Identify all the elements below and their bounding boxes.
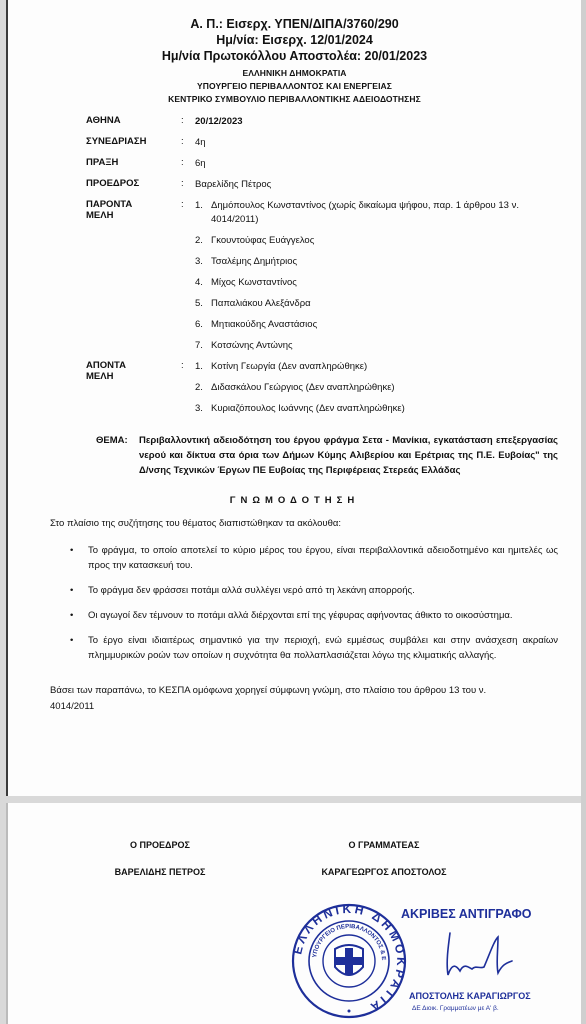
member-item: 5.Παπαλιάκου Αλεξάνδρα: [195, 297, 535, 311]
org-line: ΕΛΛΗΝΙΚΗ ΔΗΜΟΚΡΑΤΙΑ: [8, 67, 581, 80]
bullet-icon: •: [70, 543, 73, 558]
official-seal-icon: ΕΛΛΗΝΙΚΗ ΔΗΜΟΚΡΑΤΙΑ ΥΠΟΥΡΓΕΙΟ ΠΕΡΙΒΑΛΛΟΝ…: [289, 901, 409, 1021]
bullet-icon: •: [70, 633, 73, 648]
opinion-intro: Στο πλαίσιο της συζήτησης του θέματος δι…: [50, 518, 341, 529]
member-item: 7.Κοτσώνης Αντώνης: [195, 339, 535, 353]
meta-colon: :: [181, 360, 184, 371]
member-item: 2.Γκουντούφας Ευάγγελος: [195, 234, 535, 248]
meta-colon: :: [181, 178, 184, 189]
chair-name: Βαρελίδης Πέτρος: [195, 178, 535, 192]
present-members-list: 1.Δημόπουλος Κωνσταντίνος (χωρίς δικαίωμ…: [195, 199, 535, 353]
member-number: 1.: [195, 360, 203, 374]
member-item: 1.Δημόπουλος Κωνσταντίνος (χωρίς δικαίωμ…: [195, 199, 535, 227]
protocol-number: Α. Π.: Εισερχ. ΥΠΕΝ/ΔΙΠΑ/3760/290: [8, 16, 581, 32]
act-number: 6η: [195, 157, 535, 171]
member-number: 5.: [195, 297, 203, 311]
member-name: Δημόπουλος Κωνσταντίνος (χωρίς δικαίωμα …: [211, 200, 519, 225]
member-number: 7.: [195, 339, 203, 353]
member-name: Κυριαζόπουλος Ιωάννης (Δεν αναπληρώθηκε): [211, 403, 405, 414]
meta-colon: :: [181, 115, 184, 126]
member-item: 1.Κοτίνη Γεωργία (Δεν αναπληρώθηκε): [195, 360, 535, 374]
chair-signature-name: ΒΑΡΕΛΙΔΗΣ ΠΕΤΡΟΣ: [60, 867, 260, 877]
sender-protocol-date: Ημ/νία Πρωτοκόλλου Αποστολέα: 20/01/2023: [8, 48, 581, 64]
member-name: Διδασκάλου Γεώργιος (Δεν αναπληρώθηκε): [211, 382, 395, 393]
incoming-date: Ημ/νία: Εισερχ. 12/01/2024: [8, 32, 581, 48]
meta-label: ΠΡΑΞΗ: [86, 157, 118, 168]
member-item: 3.Τσαλέμης Δημήτριος: [195, 255, 535, 269]
member-name: Κοτίνη Γεωργία (Δεν αναπληρώθηκε): [211, 361, 367, 372]
bullet-icon: •: [70, 583, 73, 598]
member-number: 1.: [195, 199, 203, 213]
member-item: 2.Διδασκάλου Γεώργιος (Δεν αναπληρώθηκε): [195, 381, 535, 395]
certified-copy-stamp: ΑΚΡΙΒΕΣ ΑΝΤΙΓΡΑΦΟ: [401, 907, 532, 921]
document-page-2: Ο ΠΡΟΕΔΡΟΣ ΒΑΡΕΛΙΔΗΣ ΠΕΤΡΟΣ Ο ΓΡΑΜΜΑΤΕΑΣ…: [6, 803, 581, 1024]
meta-colon: :: [181, 157, 184, 168]
finding-item: •Το έργο είναι ιδιαιτέρως σημαντικό για …: [68, 633, 558, 663]
chair-title: Ο ΠΡΟΕΔΡΟΣ: [60, 840, 260, 850]
subject-block: ΘΕΜΑ: Περιβαλλοντική αδειοδότηση του έργ…: [96, 433, 558, 478]
member-name: Μητιακούδης Αναστάσιος: [211, 319, 317, 330]
meta-label: ΠΡΟΕΔΡΟΣ: [86, 178, 139, 189]
member-item: 3.Κυριαζόπουλος Ιωάννης (Δεν αναπληρώθηκ…: [195, 402, 535, 416]
finding-text: Το φράγμα, το οποίο αποτελεί το κύριο μέ…: [88, 545, 558, 571]
subject-text: Περιβαλλοντική αδειοδότηση του έργου φρά…: [139, 433, 558, 478]
meta-colon: :: [181, 199, 184, 210]
meta-label: ΠΑΡΟΝΤΑ ΜΕΛΗ: [86, 199, 132, 221]
opinion-conclusion: Βάσει των παραπάνω, το ΚΕΣΠΑ ομόφωνα χορ…: [50, 683, 490, 715]
findings-list: •Το φράγμα, το οποίο αποτελεί το κύριο μ…: [68, 543, 558, 673]
certifier-role: ΔΕ Διοικ. Γραμματέων με Α' β.: [412, 1005, 499, 1012]
subject-label: ΘΕΜΑ:: [96, 433, 128, 448]
org-line: ΥΠΟΥΡΓΕΙΟ ΠΕΡΙΒΑΛΛΟΝΤΟΣ ΚΑΙ ΕΝΕΡΓΕΙΑΣ: [8, 80, 581, 93]
org-line: ΚΕΝΤΡΙΚΟ ΣΥΜΒΟΥΛΙΟ ΠΕΡΙΒΑΛΛΟΝΤΙΚΗΣ ΑΔΕΙΟ…: [8, 93, 581, 106]
absent-members-list: 1.Κοτίνη Γεωργία (Δεν αναπληρώθηκε)2.Διδ…: [195, 360, 535, 416]
finding-text: Οι αγωγοί δεν τέμνουν το ποτάμι αλλά διέ…: [88, 610, 513, 621]
secretary-signature-name: ΚΑΡΑΓΕΩΡΓΟΣ ΑΠΟΣΤΟΛΟΣ: [284, 867, 484, 877]
member-name: Παπαλιάκου Αλεξάνδρα: [211, 298, 311, 309]
certifier-name: ΑΠΟΣΤΟΛΗΣ ΚΑΡΑΓΙΩΡΓΟΣ: [409, 991, 531, 1001]
meeting-date: 20/12/2023: [195, 115, 535, 129]
session-number: 4η: [195, 136, 535, 150]
handwritten-signature-icon: [436, 923, 516, 983]
opinion-title: ΓΝΩΜΟΔΟΤΗΣΗ: [8, 495, 581, 506]
finding-text: Το έργο είναι ιδιαιτέρως σημαντικό για τ…: [88, 635, 558, 661]
bullet-icon: •: [70, 608, 73, 623]
meta-label: ΑΠΟΝΤΑ ΜΕΛΗ: [86, 360, 126, 382]
finding-item: •Το φράγμα, το οποίο αποτελεί το κύριο μ…: [68, 543, 558, 573]
member-name: Κοτσώνης Αντώνης: [211, 340, 293, 351]
member-item: 6.Μητιακούδης Αναστάσιος: [195, 318, 535, 332]
protocol-header: Α. Π.: Εισερχ. ΥΠΕΝ/ΔΙΠΑ/3760/290 Ημ/νία…: [8, 16, 581, 64]
meta-label: ΑΘΗΝΑ: [86, 115, 121, 126]
finding-text: Το φράγμα δεν φράσσει ποτάμι αλλά συλλέγ…: [88, 585, 415, 596]
member-number: 6.: [195, 318, 203, 332]
member-number: 3.: [195, 402, 203, 416]
member-number: 2.: [195, 381, 203, 395]
member-item: 4.Μίχος Κωνσταντίνος: [195, 276, 535, 290]
finding-item: •Το φράγμα δεν φράσσει ποτάμι αλλά συλλέ…: [68, 583, 558, 598]
document-page-1: Α. Π.: Εισερχ. ΥΠΕΝ/ΔΙΠΑ/3760/290 Ημ/νία…: [6, 0, 581, 796]
member-number: 3.: [195, 255, 203, 269]
member-name: Γκουντούφας Ευάγγελος: [211, 235, 314, 246]
page-edge-shadow: [581, 0, 586, 1024]
member-number: 2.: [195, 234, 203, 248]
member-number: 4.: [195, 276, 203, 290]
organization-header: ΕΛΛΗΝΙΚΗ ΔΗΜΟΚΡΑΤΙΑ ΥΠΟΥΡΓΕΙΟ ΠΕΡΙΒΑΛΛΟΝ…: [8, 67, 581, 106]
member-name: Τσαλέμης Δημήτριος: [211, 256, 297, 267]
member-name: Μίχος Κωνσταντίνος: [211, 277, 297, 288]
secretary-title: Ο ΓΡΑΜΜΑΤΕΑΣ: [284, 840, 484, 850]
present-members: 1.Δημόπουλος Κωνσταντίνος (χωρίς δικαίωμ…: [195, 199, 535, 360]
absent-members: 1.Κοτίνη Γεωργία (Δεν αναπληρώθηκε)2.Διδ…: [195, 360, 535, 423]
meta-colon: :: [181, 136, 184, 147]
meta-label: ΣΥΝΕΔΡΙΑΣΗ: [86, 136, 146, 147]
finding-item: •Οι αγωγοί δεν τέμνουν το ποτάμι αλλά δι…: [68, 608, 558, 623]
